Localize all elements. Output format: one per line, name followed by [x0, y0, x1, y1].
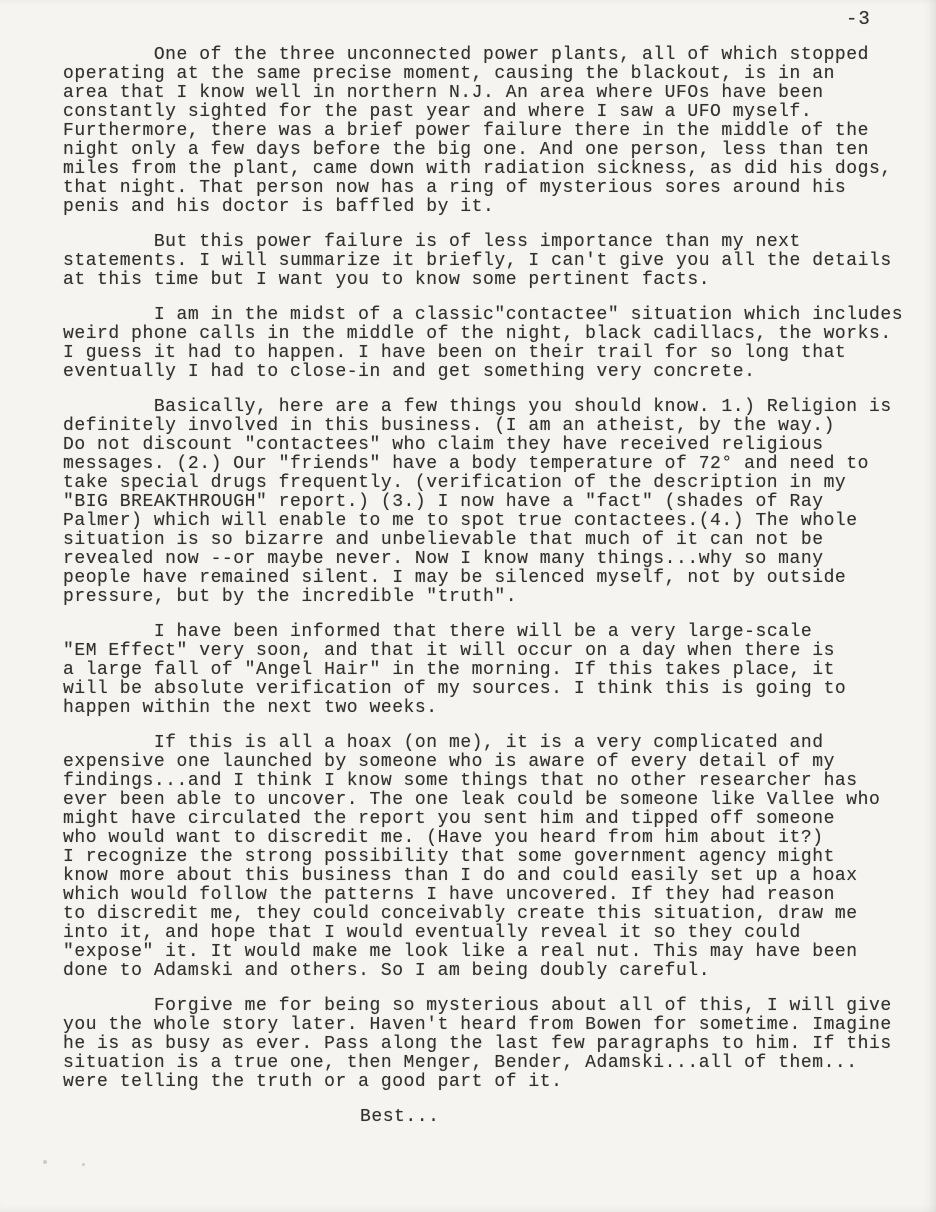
- paragraph-contactee-situation: I am in the midst of a classic"contactee…: [63, 306, 913, 382]
- paragraph-power-plants: One of the three unconnected power plant…: [63, 46, 913, 217]
- paragraph-hoax: If this is all a hoax (on me), it is a v…: [63, 734, 913, 981]
- scan-speck: [43, 1160, 47, 1164]
- document-page: -3 One of the three unconnected power pl…: [0, 0, 936, 1212]
- page-number: -3: [846, 8, 871, 30]
- paragraph-power-failure: But this power failure is of less import…: [63, 233, 913, 290]
- paragraph-em-effect: I have been informed that there will be …: [63, 623, 913, 718]
- paragraph-things-to-know: Basically, here are a few things you sho…: [63, 398, 913, 607]
- letter-body: One of the three unconnected power plant…: [63, 46, 913, 1127]
- closing-line: Best...: [360, 1108, 913, 1127]
- scan-speck: [82, 1163, 85, 1166]
- paragraph-forgive-me: Forgive me for being so mysterious about…: [63, 997, 913, 1092]
